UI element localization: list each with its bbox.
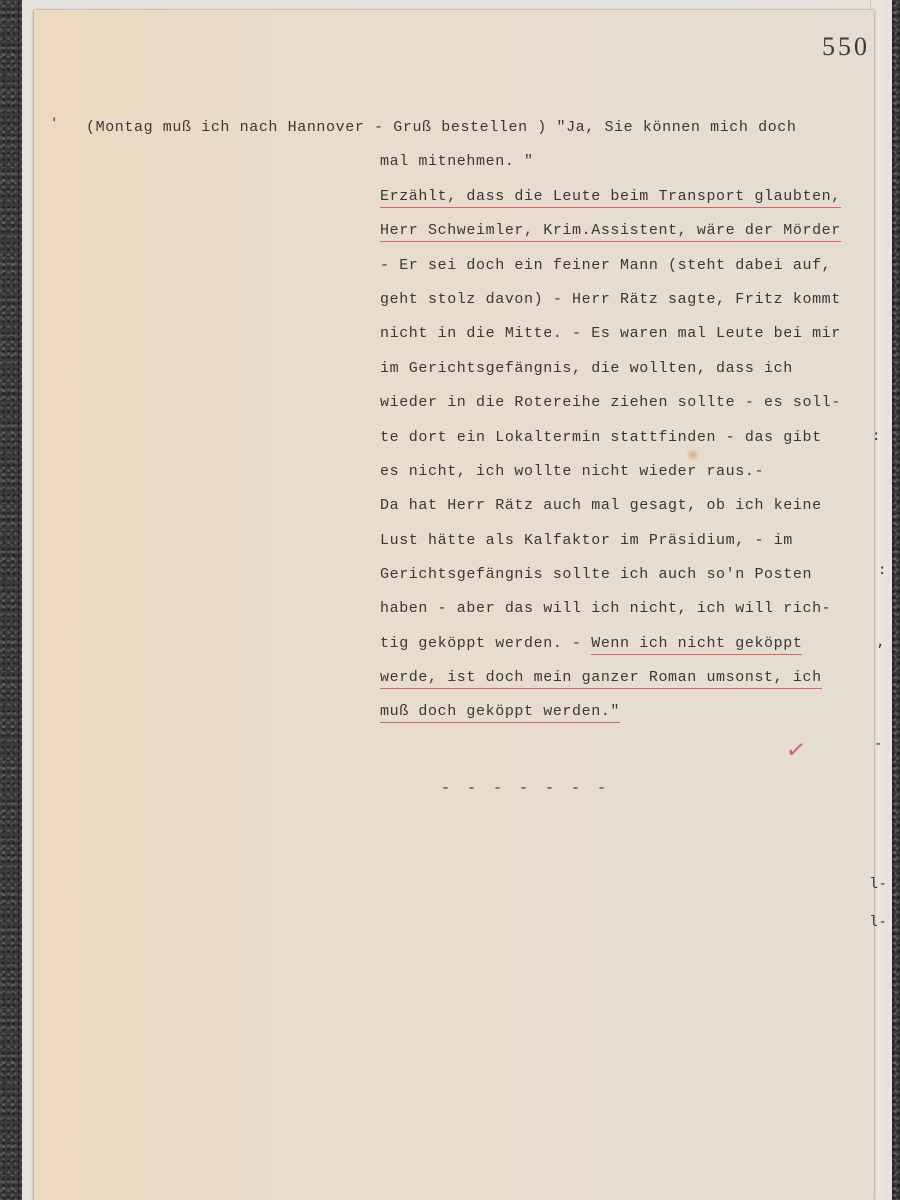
text-line-14: Gerichtsgefängnis sollte ich auch so'n P…: [380, 565, 812, 585]
text-line-7: nicht in die Mitte. - Es waren mal Leute…: [380, 324, 841, 344]
underlined-text: Herr Schweimler, Krim.Assistent, wäre de…: [380, 222, 841, 242]
text-line-3: Erzählt, dass die Leute beim Transport g…: [380, 187, 841, 207]
text-line-18: muß doch geköppt werden.": [380, 702, 620, 722]
margin-mark: ,: [876, 634, 884, 650]
margin-mark: ': [50, 116, 58, 132]
text-line-10: te dort ein Lokaltermin stattfinden - da…: [380, 428, 822, 448]
text-line-2: mal mitnehmen. ": [380, 152, 534, 172]
text-line-4: Herr Schweimler, Krim.Assistent, wäre de…: [380, 221, 841, 241]
checkmark-icon: ✓: [784, 735, 808, 766]
text-line-9: wieder in die Rotereihe ziehen sollte - …: [380, 393, 841, 413]
text-line-5: - Er sei doch ein feiner Mann (steht dab…: [380, 256, 831, 276]
text-line-11: es nicht, ich wollte nicht wieder raus.-: [380, 462, 764, 482]
underlined-text: muß doch geköppt werden.": [380, 703, 620, 723]
text-line-16: tig geköppt werden. - Wenn ich nicht gek…: [380, 634, 802, 654]
margin-mark: :: [878, 562, 886, 578]
section-separator: - - - - - - -: [441, 780, 610, 797]
text-line-6: geht stolz davon) - Herr Rätz sagte, Fri…: [380, 290, 841, 310]
underlined-text: Erzählt, dass die Leute beim Transport g…: [380, 188, 841, 208]
text-line-15: haben - aber das will ich nicht, ich wil…: [380, 599, 831, 619]
text-line-1: (Montag muß ich nach Hannover - Gruß bes…: [86, 118, 797, 138]
margin-mark: l-: [870, 876, 887, 892]
text-line-8: im Gerichtsgefängnis, die wollten, dass …: [380, 359, 793, 379]
margin-mark: -: [874, 736, 882, 752]
plain-text: tig geköppt werden. -: [380, 635, 591, 652]
margin-mark: :: [872, 428, 880, 444]
text-line-13: Lust hätte als Kalfaktor im Präsidium, -…: [380, 531, 793, 551]
document-page: 550 (Montag muß ich nach Hannover - Gruß…: [34, 10, 874, 1200]
underlined-text: Wenn ich nicht geköppt: [591, 635, 802, 655]
paper-stain: [686, 448, 700, 462]
text-line-17: werde, ist doch mein ganzer Roman umsons…: [380, 668, 822, 688]
page-number: 550: [822, 32, 870, 62]
margin-mark: l-: [870, 914, 887, 930]
underlined-text: werde, ist doch mein ganzer Roman umsons…: [380, 669, 822, 689]
text-line-12: Da hat Herr Rätz auch mal gesagt, ob ich…: [380, 496, 822, 516]
